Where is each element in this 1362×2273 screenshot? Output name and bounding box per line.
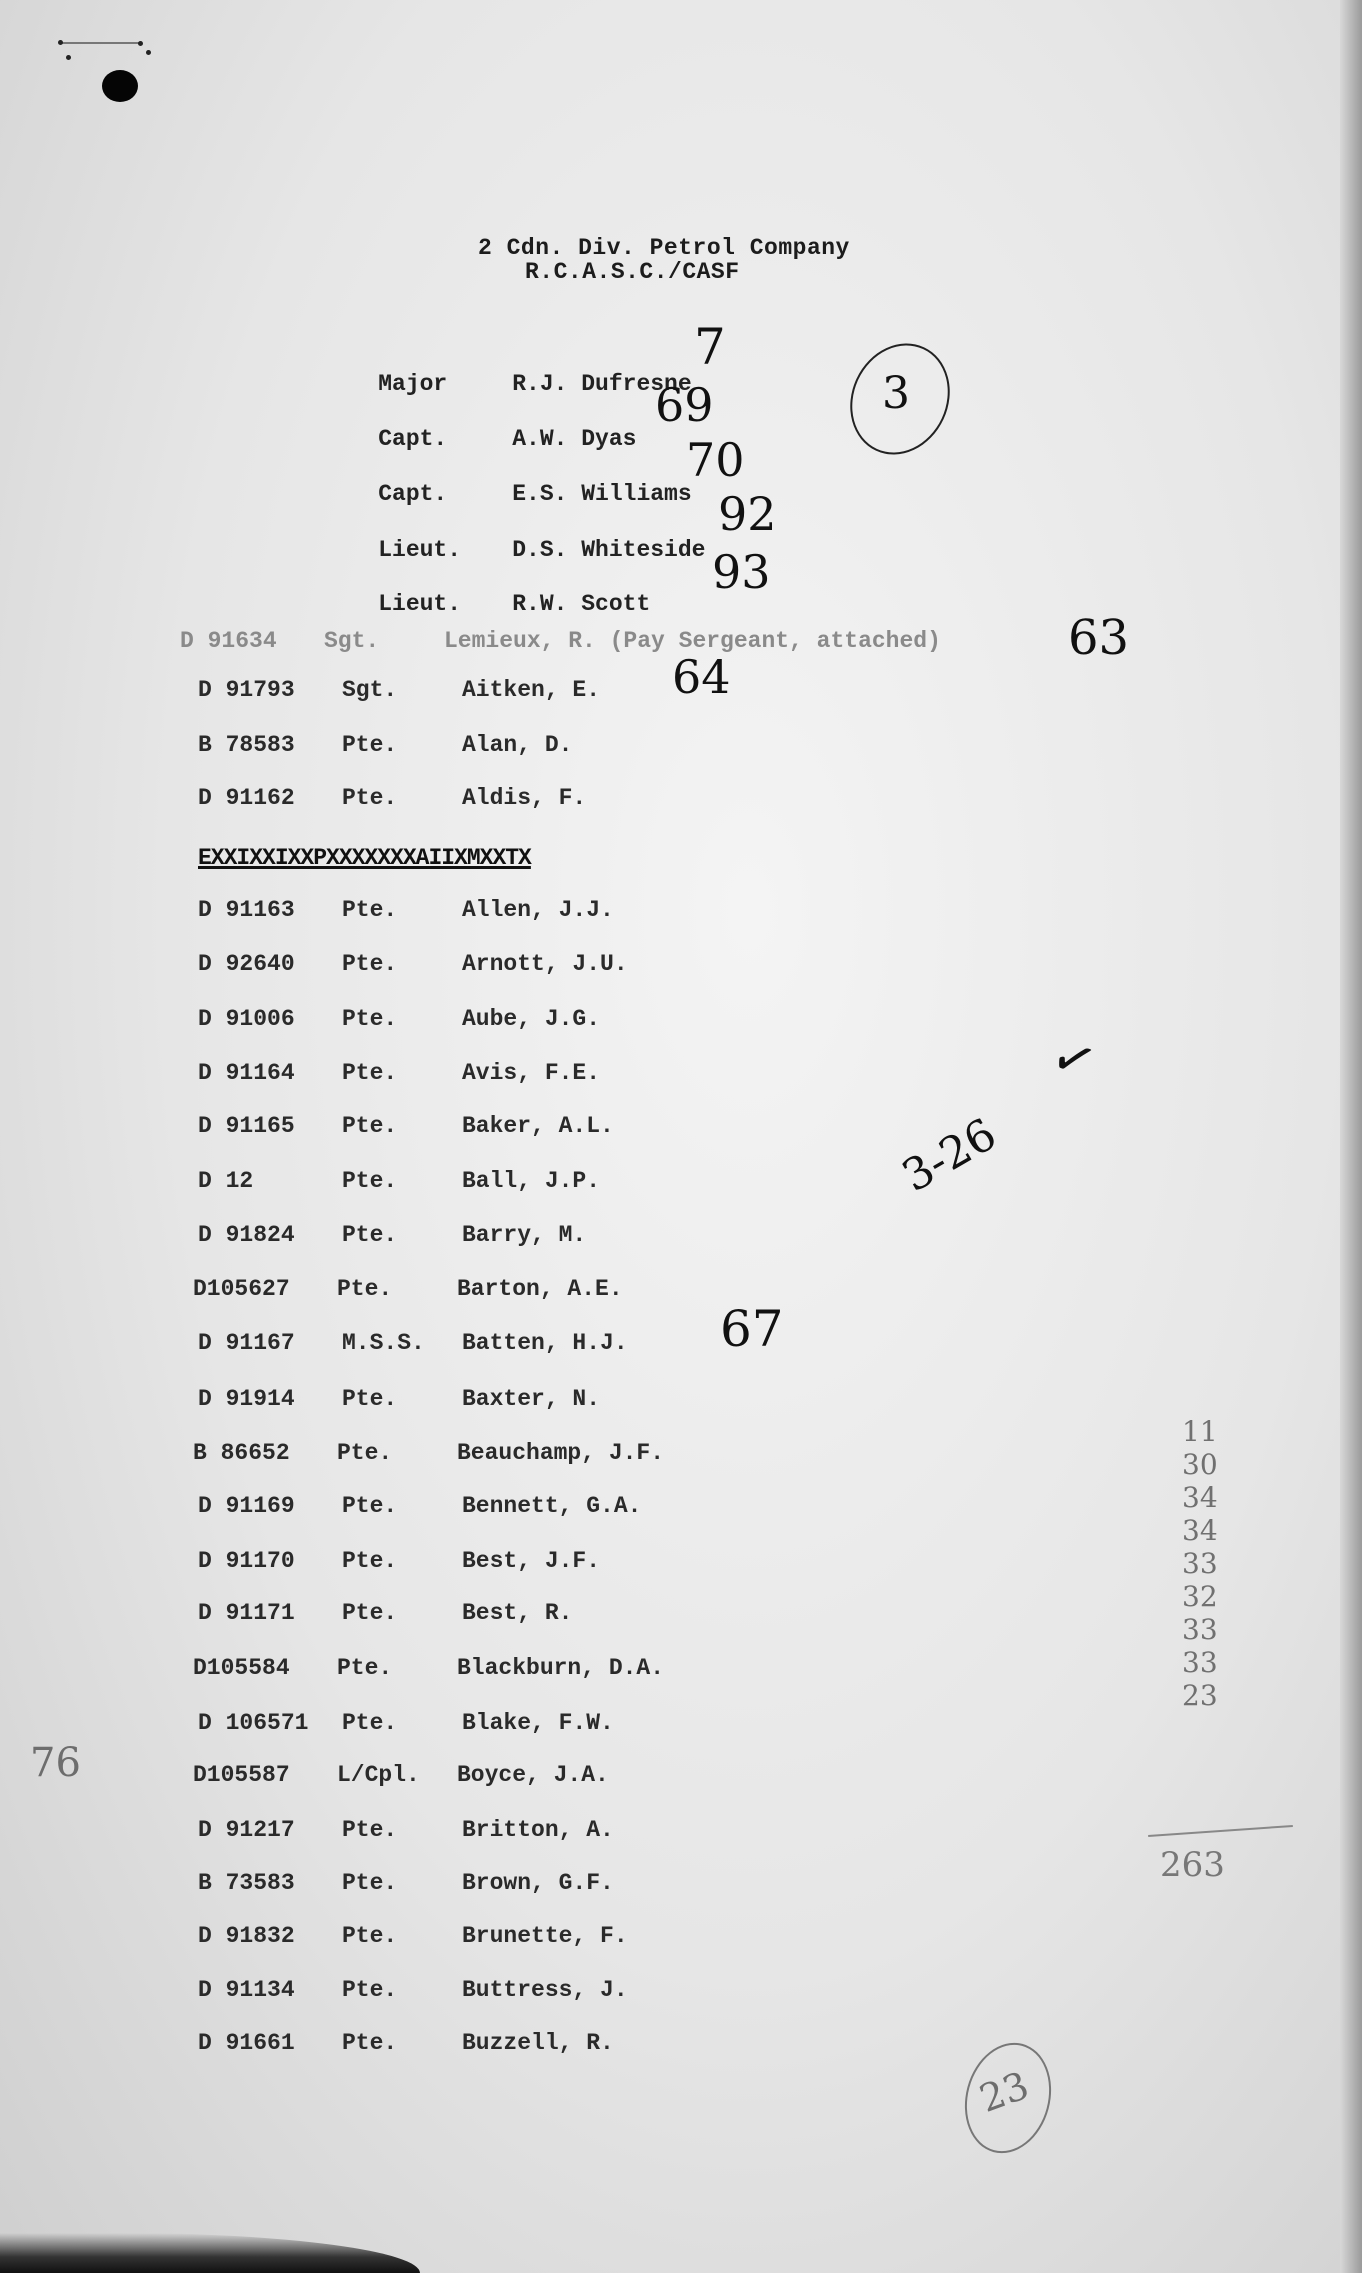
rank: Pte. [342,1386,462,1412]
soldier-name: Barry, M. [462,1222,586,1248]
staple-dot [146,50,151,55]
tally-total: 263 [1160,1845,1225,1885]
rank: Pte. [342,1006,462,1032]
handwritten-note: 3-26 [894,1109,1005,1203]
scan-corner-shadow [0,2233,420,2273]
soldier-name: Best, R. [462,1600,572,1626]
service-number: D 91832 [198,1923,342,1949]
personnel-row: D 91824Pte.Barry, M. [198,1222,586,1248]
rank: Sgt. [342,677,462,703]
staple-dot [58,40,63,45]
service-number: D 12 [198,1168,342,1194]
rank: Pte. [342,1113,462,1139]
tally-sum-line [1148,1825,1293,1837]
personnel-row: B 86652Pte.Beauchamp, J.F. [193,1440,664,1466]
service-number: D 91167 [198,1330,342,1356]
soldier-name: Boyce, J.A. [457,1762,609,1788]
personnel-row: D 91162Pte.Aldis, F. [198,785,586,811]
officer-rank: Lieut. [378,537,512,563]
soldier-name: Allen, J.J. [462,897,614,923]
service-number: D 91824 [198,1222,342,1248]
soldier-name: Blake, F.W. [462,1710,614,1736]
soldier-name: Buzzell, R. [462,2030,614,2056]
tally-column: 11 30 34 34 33 32 33 33 23 [1182,1415,1218,1712]
rank: Pte. [337,1276,457,1302]
personnel-row: D 12Pte.Ball, J.P. [198,1168,600,1194]
soldier-name: Aldis, F. [462,785,586,811]
tally-entry: 11 [1182,1415,1218,1448]
soldier-name: Buttress, J. [462,1977,628,2003]
rank: Pte. [342,1493,462,1519]
personnel-row: D 91170Pte.Best, J.F. [198,1548,600,1574]
service-number: D 91793 [198,677,342,703]
rank: L/Cpl. [337,1762,457,1788]
staple-dot [66,55,71,60]
soldier-name: Alan, D. [462,732,572,758]
personnel-row: D 91006Pte.Aube, J.G. [198,1006,600,1032]
soldier-name: Blackburn, D.A. [457,1655,664,1681]
officer-name: A.W. Dyas [512,426,636,452]
officer-rank: Capt. [378,426,512,452]
rank: Pte. [342,2030,462,2056]
officer-rank: Lieut. [378,591,512,617]
personnel-row: D105584Pte.Blackburn, D.A. [193,1655,664,1681]
rank: Pte. [342,1710,462,1736]
soldier-name: Best, J.F. [462,1548,600,1574]
service-number: D105627 [193,1276,337,1302]
service-number: D105584 [193,1655,337,1681]
service-number: D 91171 [198,1600,342,1626]
struck-out-entry: EXXIXXIXXPXXXXXXXAIIXMXXTX [198,845,531,871]
officer-name: D.S. Whiteside [512,537,705,563]
officer-name: E.S. Williams [512,481,691,507]
punch-hole [102,70,138,102]
page-mark-number: 3 [882,368,910,419]
document-page: 2 Cdn. Div. Petrol Company R.C.A.S.C./CA… [0,0,1362,2273]
personnel-row: D 91167M.S.S.Batten, H.J. [198,1330,628,1356]
soldier-name: Brunette, F. [462,1923,628,1949]
service-number: D 92640 [198,951,342,977]
rank: Pte. [342,951,462,977]
personnel-row: D 91164Pte.Avis, F.E. [198,1060,600,1086]
personnel-row: B 73583Pte.Brown, G.F. [198,1870,614,1896]
rank: Pte. [337,1655,457,1681]
tally-entry: 33 [1182,1613,1218,1646]
handwritten-number: 64 [672,650,731,704]
personnel-row: D 91169Pte.Bennett, G.A. [198,1493,641,1519]
service-number: D 91634 [180,628,324,654]
rank: Pte. [342,1168,462,1194]
service-number: D 91164 [198,1060,342,1086]
handwritten-number: 92 [718,487,777,541]
soldier-name: Barton, A.E. [457,1276,623,1302]
service-number: D 91217 [198,1817,342,1843]
personnel-row: D 91165Pte.Baker, A.L. [198,1113,614,1139]
rank: Pte. [342,1923,462,1949]
soldier-name: Ball, J.P. [462,1168,600,1194]
service-number: D 91170 [198,1548,342,1574]
rank: Pte. [342,897,462,923]
personnel-row: D 91661Pte.Buzzell, R. [198,2030,614,2056]
service-number: B 73583 [198,1870,342,1896]
service-number: D 91169 [198,1493,342,1519]
service-number: D 91162 [198,785,342,811]
soldier-name: Baker, A.L. [462,1113,614,1139]
rank: Pte. [337,1440,457,1466]
personnel-row: D 106571Pte.Blake, F.W. [198,1710,614,1736]
personnel-row: D 91171Pte.Best, R. [198,1600,572,1626]
personnel-row: D105627Pte.Barton, A.E. [193,1276,623,1302]
handwritten-number: 63 [1068,610,1129,666]
margin-note: 76 [30,1740,81,1786]
officer-name: R.W. Scott [512,591,650,617]
rank: Pte. [342,732,462,758]
rank: Pte. [342,1817,462,1843]
unit-subtitle: R.C.A.S.C./CASF [525,259,740,285]
soldier-name: Baxter, N. [462,1386,600,1412]
tally-entry: 30 [1182,1448,1218,1481]
handwritten-number: 67 [720,1300,784,1358]
handwritten-number: 7 [694,318,726,376]
service-number: D105587 [193,1762,337,1788]
service-number: D 106571 [198,1710,342,1736]
rank: Pte. [342,1548,462,1574]
personnel-row: D 91914Pte.Baxter, N. [198,1386,600,1412]
service-number: D 91165 [198,1113,342,1139]
service-number: D 91006 [198,1006,342,1032]
personnel-row: D105587L/Cpl.Boyce, J.A. [193,1762,609,1788]
soldier-name: Bennett, G.A. [462,1493,641,1519]
soldier-name: Brown, G.F. [462,1870,614,1896]
service-number: B 78583 [198,732,342,758]
rank: Sgt. [324,628,444,654]
personnel-row: D 91634Sgt.Lemieux, R. (Pay Sergeant, at… [180,628,941,654]
unit-title: 2 Cdn. Div. Petrol Company [478,235,850,261]
rank: M.S.S. [342,1330,462,1356]
rank: Pte. [342,1222,462,1248]
check-mark-icon: ✓ [1043,1024,1104,1095]
soldier-name: Aitken, E. [462,677,600,703]
rank: Pte. [342,1977,462,2003]
tally-entry: 34 [1182,1481,1218,1514]
soldier-name: Arnott, J.U. [462,951,628,977]
service-number: D 91134 [198,1977,342,2003]
personnel-row: B 78583Pte.Alan, D. [198,732,572,758]
handwritten-number: 69 [655,378,714,432]
soldier-name: Britton, A. [462,1817,614,1843]
handwritten-number: 93 [712,545,771,599]
tally-entry: 33 [1182,1547,1218,1580]
soldier-name: Aube, J.G. [462,1006,600,1032]
personnel-row: D 91134Pte.Buttress, J. [198,1977,628,2003]
soldier-name: Batten, H.J. [462,1330,628,1356]
page-edge-shadow [1340,0,1362,2273]
staple-dot [138,41,143,46]
service-number: B 86652 [193,1440,337,1466]
personnel-row: D 91793Sgt.Aitken, E. [198,677,600,703]
service-number: D 91914 [198,1386,342,1412]
handwritten-number: 70 [686,433,745,487]
personnel-row: D 92640Pte.Arnott, J.U. [198,951,628,977]
tally-entry: 23 [1182,1679,1218,1712]
personnel-row: D 91832Pte.Brunette, F. [198,1923,628,1949]
personnel-row: D 91217Pte.Britton, A. [198,1817,614,1843]
officer-rank: Major [378,371,512,397]
tally-entry: 33 [1182,1646,1218,1679]
soldier-name: Beauchamp, J.F. [457,1440,664,1466]
rank: Pte. [342,1870,462,1896]
rank: Pte. [342,785,462,811]
tally-entry: 34 [1182,1514,1218,1547]
officer-rank: Capt. [378,481,512,507]
service-number: D 91163 [198,897,342,923]
personnel-row: D 91163Pte.Allen, J.J. [198,897,614,923]
soldier-name: Avis, F.E. [462,1060,600,1086]
staple-mark [60,42,140,44]
rank: Pte. [342,1600,462,1626]
service-number: D 91661 [198,2030,342,2056]
rank: Pte. [342,1060,462,1086]
tally-entry: 32 [1182,1580,1218,1613]
